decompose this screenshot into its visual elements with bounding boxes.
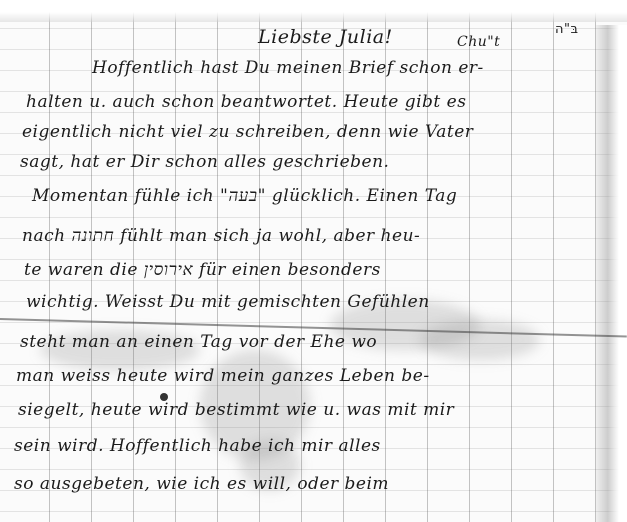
letter-line: te waren die אירוסין für einen besonders — [24, 260, 381, 280]
letter-line: siegelt, heute wird bestimmt wie u. was … — [18, 400, 454, 420]
letter-line: sein wird. Hoffentlich habe ich mir alle… — [14, 436, 381, 456]
paper-right-edge — [595, 25, 627, 522]
paper-top-edge — [0, 0, 627, 22]
letter-line: sagt, hat er Dir schon alles geschrieben… — [20, 152, 389, 172]
letter-line: wichtig. Weisst Du mit gemischten Gefühl… — [26, 292, 430, 312]
salutation: Liebste Julia! — [258, 26, 393, 48]
letter-line: Momentan fühle ich "בעה" glücklich. Eine… — [32, 186, 457, 206]
header-hebrew: בּ"ה — [555, 22, 579, 37]
salutation-note: Chu"t — [457, 34, 500, 50]
letter-line: nach חתונה fühlt man sich ja wohl, aber … — [22, 226, 420, 246]
letter-page: בּ"ה Liebste Julia! Chu"t Hoffentlich ha… — [0, 0, 627, 522]
letter-line: halten u. auch schon beantwortet. Heute … — [26, 92, 466, 112]
water-stain — [420, 320, 540, 360]
letter-line: Hoffentlich hast Du meinen Brief schon e… — [92, 58, 484, 78]
letter-line: steht man an einen Tag vor der Ehe wo — [20, 332, 377, 352]
letter-line: so ausgebeten, wie ich es will, oder bei… — [14, 474, 389, 494]
letter-line: eigentlich nicht viel zu schreiben, denn… — [22, 122, 473, 142]
letter-line: man weiss heute wird mein ganzes Leben b… — [16, 366, 430, 386]
